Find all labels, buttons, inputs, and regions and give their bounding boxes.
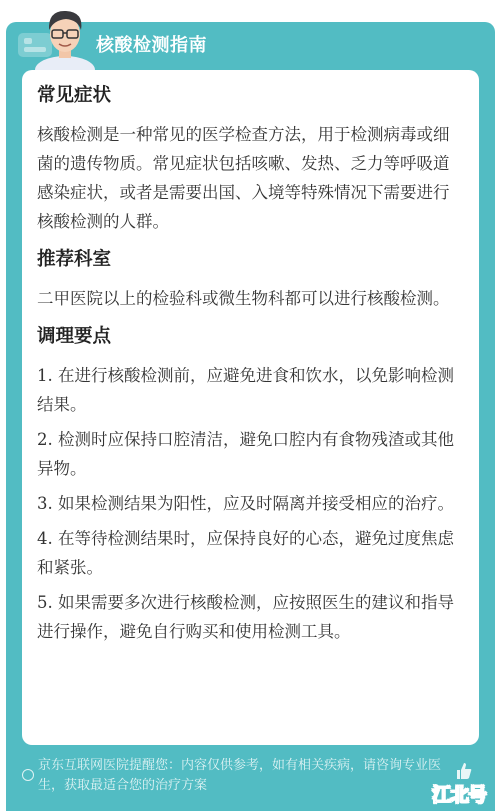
disclaimer-text: 京东互联网医院提醒您：内容仅供参考，如有相关疾病，请咨询专业医生，获取最适合您的… bbox=[38, 756, 452, 796]
section-title-symptoms: 常见症状 bbox=[37, 82, 464, 110]
symptoms-text: 核酸检测是一种常见的医学检查方法，用于检测病毒或细菌的遗传物质。常见症状包括咳嗽… bbox=[37, 120, 464, 236]
section-title-department: 推荐科室 bbox=[37, 246, 464, 274]
page-title: 核酸检测指南 bbox=[96, 31, 207, 57]
disclaimer: 京东互联网医院提醒您：内容仅供参考，如有相关疾病，请咨询专业医生，获取最适合您的… bbox=[22, 756, 452, 796]
watermark: 江北号 bbox=[432, 780, 486, 807]
list-item: 1. 在进行核酸检测前，应避免进食和饮水，以免影响检测结果。 bbox=[37, 361, 464, 419]
doctor-avatar-icon bbox=[30, 4, 100, 70]
section-title-care-tips: 调理要点 bbox=[37, 323, 464, 351]
content-card: 常见症状 核酸检测是一种常见的医学检查方法，用于检测病毒或细菌的遗传物质。常见症… bbox=[22, 70, 479, 745]
list-item: 3. 如果检测结果为阳性，应及时隔离并接受相应的治疗。 bbox=[37, 489, 464, 518]
info-icon bbox=[22, 769, 34, 781]
list-item: 2. 检测时应保持口腔清洁，避免口腔内有食物残渣或其他异物。 bbox=[37, 425, 464, 483]
list-item: 5. 如果需要多次进行核酸检测，应按照医生的建议和指导进行操作，避免自行购买和使… bbox=[37, 588, 464, 646]
list-item: 4. 在等待检测结果时，应保持良好的心态，避免过度焦虑和紧张。 bbox=[37, 524, 464, 582]
thumbs-up-icon bbox=[456, 762, 472, 780]
department-text: 二甲医院以上的检验科或微生物科都可以进行核酸检测。 bbox=[37, 284, 464, 313]
